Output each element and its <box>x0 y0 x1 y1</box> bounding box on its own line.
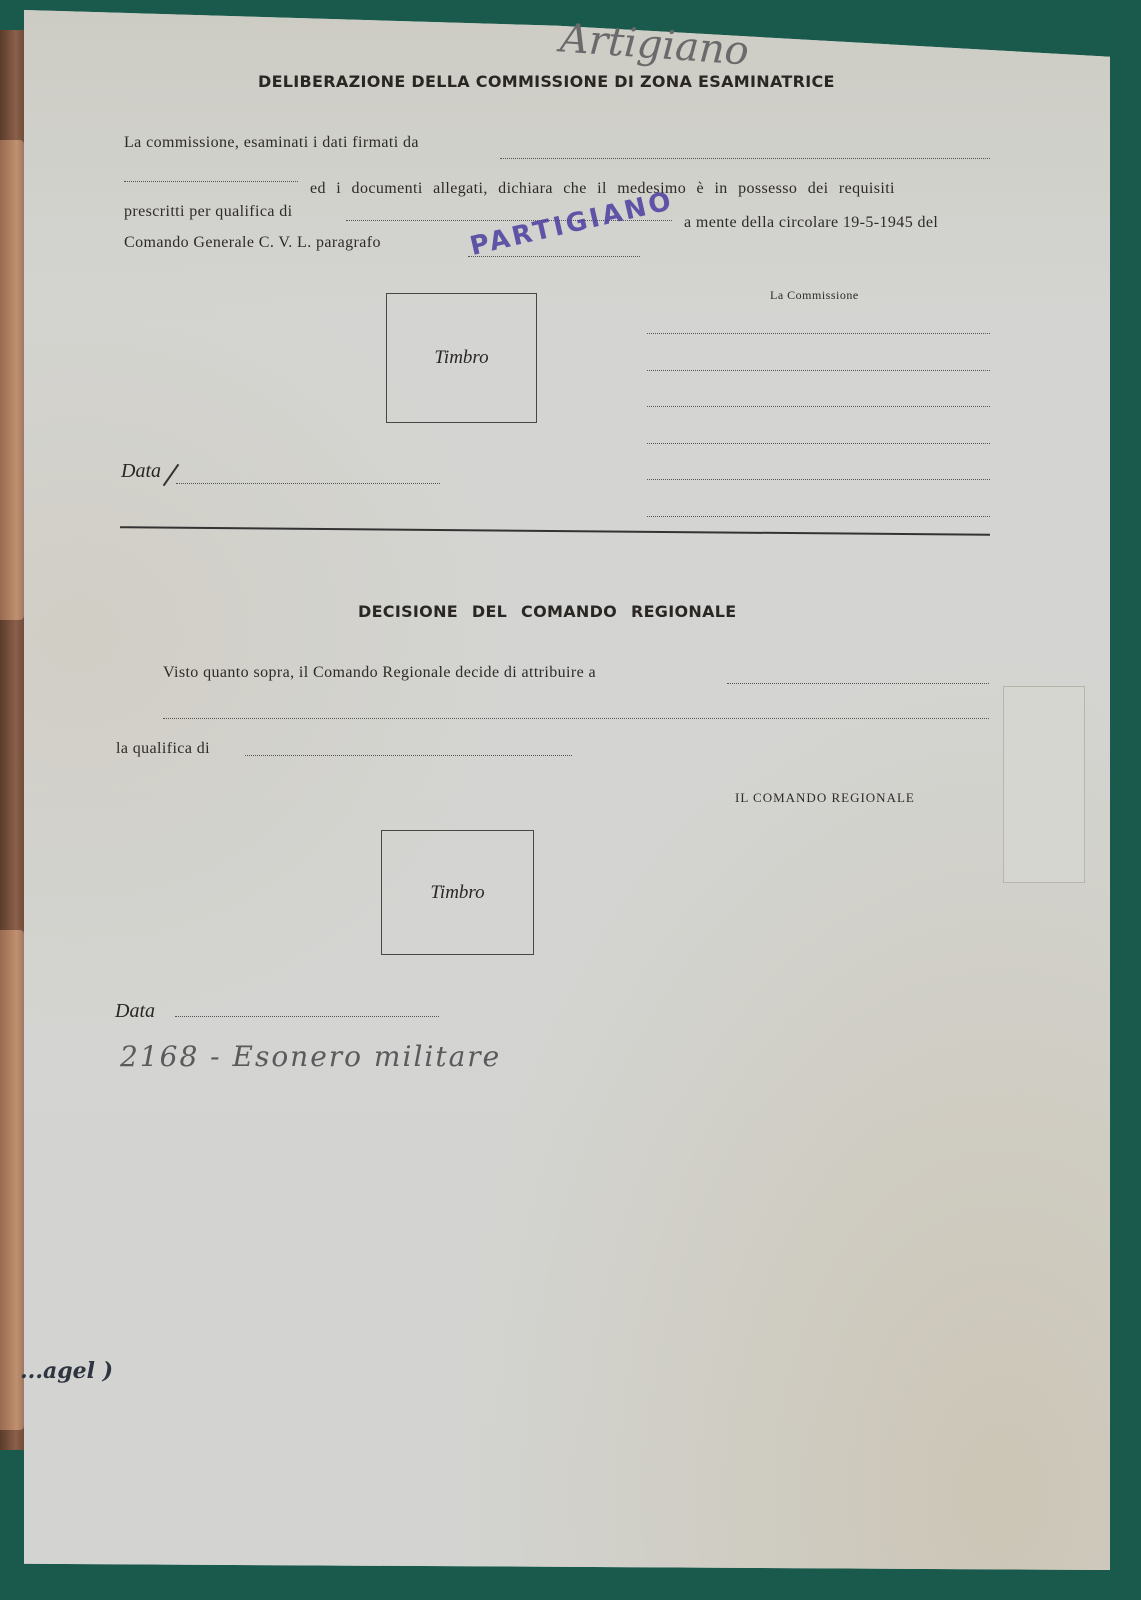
recipient-field[interactable] <box>727 683 989 684</box>
signer-name-field[interactable] <box>500 158 990 159</box>
paper-flap <box>1003 686 1085 883</box>
section2-line1: Visto quanto sopra, il Comando Regionale… <box>163 664 596 682</box>
commission-signature-line-4[interactable] <box>647 443 990 444</box>
commission-signature-line-1[interactable] <box>647 333 990 334</box>
commission-signature-line-6[interactable] <box>647 516 990 517</box>
data-label-2: Data <box>115 1000 155 1023</box>
section2-line2: la qualifica di <box>116 740 210 758</box>
section1-line2: ed i documenti allegati, dichiara che il… <box>310 180 895 198</box>
commission-signature-line-2[interactable] <box>647 370 990 371</box>
margin-handwriting: ...agel ) <box>20 1358 113 1384</box>
signer-name-field-cont[interactable] <box>124 181 298 182</box>
date-field-2[interactable] <box>175 1016 439 1017</box>
section1-title: DELIBERAZIONE DELLA COMMISSIONE DI ZONA … <box>258 72 835 91</box>
recipient-field-cont[interactable] <box>163 718 989 719</box>
qualifica-field-2[interactable] <box>245 755 572 756</box>
comando-regionale-label: IL COMANDO REGIONALE <box>735 790 915 806</box>
commission-signature-line-5[interactable] <box>647 479 990 480</box>
section1-line1: La commissione, esaminati i dati firmati… <box>124 134 419 152</box>
wooden-tab <box>0 930 24 1430</box>
section1-line4: Comando Generale C. V. L. paragrafo <box>124 234 381 252</box>
wooden-tab <box>0 140 24 620</box>
date-field-1[interactable] <box>176 483 440 484</box>
section1-line3a: prescritti per qualifica di <box>124 203 293 221</box>
commission-label: La Commissione <box>770 288 859 303</box>
data-label-1: Data <box>121 460 161 483</box>
commission-signature-line-3[interactable] <box>647 406 990 407</box>
section2-title: DECISIONE DEL COMANDO REGIONALE <box>358 602 736 621</box>
timbro-label-2: Timbro <box>430 882 484 904</box>
timbro-box-2: Timbro <box>381 830 534 955</box>
handwritten-note: 2168 - Esonero militare <box>120 1040 501 1073</box>
timbro-box-1: Timbro <box>386 293 537 423</box>
timbro-label-1: Timbro <box>434 347 488 369</box>
section1-line3b: a mente della circolare 19-5-1945 del <box>684 214 938 232</box>
